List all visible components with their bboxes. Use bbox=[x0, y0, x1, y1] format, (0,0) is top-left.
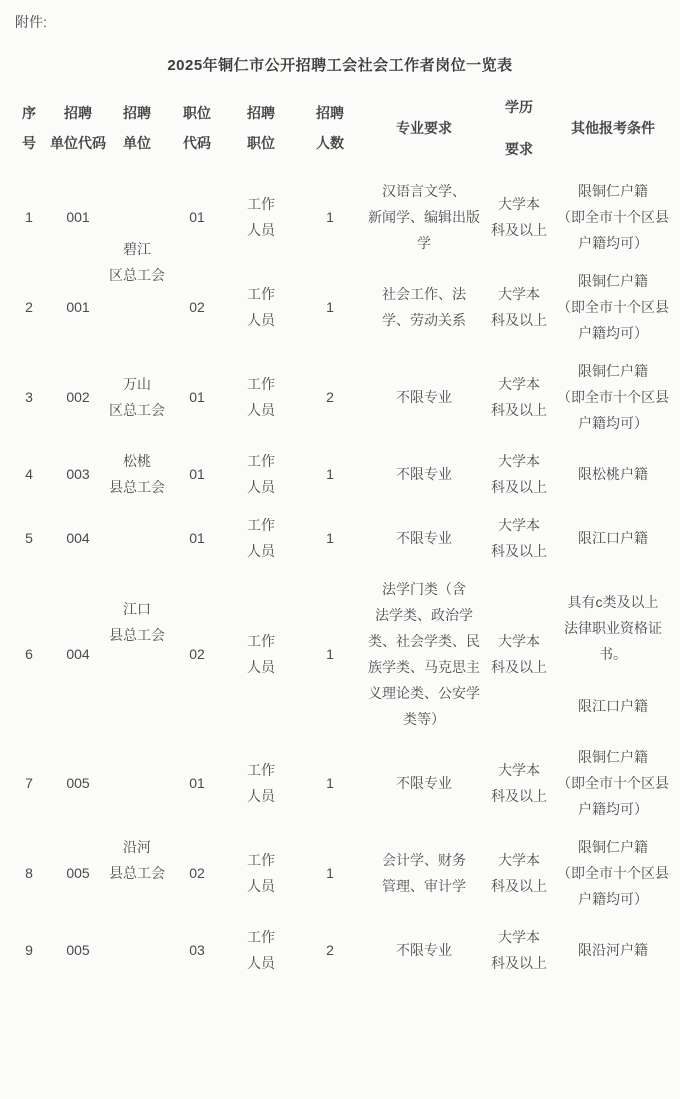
cell-education: 大学本 科及以上 bbox=[483, 262, 555, 352]
cell-unit: 松桃 县总工会 bbox=[107, 442, 167, 506]
cell-position-code: 01 bbox=[167, 352, 227, 442]
cell-education: 大学本 科及以上 bbox=[483, 828, 555, 918]
cell-education: 大学本 科及以上 bbox=[483, 352, 555, 442]
page-title: 2025年铜仁市公开招聘工会社会工作者岗位一览表 bbox=[0, 56, 680, 76]
cell-unit-code: 004 bbox=[49, 506, 107, 570]
cell-position-code: 01 bbox=[167, 738, 227, 828]
cell-major: 社会工作、法 学、劳动关系 bbox=[365, 262, 483, 352]
table-row: 5 004 江口 县总工会 01 工作 人员 1 不限专业 大学本 科及以上 限… bbox=[9, 506, 671, 570]
cell-major: 不限专业 bbox=[365, 506, 483, 570]
attachment-label: 附件: bbox=[0, 0, 680, 32]
cell-major: 会计学、财务 管理、审计学 bbox=[365, 828, 483, 918]
cell-other: 限铜仁户籍 （即全市十个区县 户籍均可） bbox=[555, 262, 671, 352]
cell-seq: 6 bbox=[9, 570, 49, 738]
cell-headcount: 1 bbox=[295, 172, 365, 262]
cell-major: 法学门类（含 法学类、政治学 类、社会学类、民 族学类、马克思主 义理论类、公安… bbox=[365, 570, 483, 738]
cell-position: 工作 人员 bbox=[227, 828, 295, 918]
cell-other: 限松桃户籍 bbox=[555, 442, 671, 506]
cell-education: 大学本 科及以上 bbox=[483, 918, 555, 982]
cell-unit-code: 004 bbox=[49, 570, 107, 738]
cell-other: 限铜仁户籍 （即全市十个区县 户籍均可） bbox=[555, 828, 671, 918]
cell-unit-code: 005 bbox=[49, 828, 107, 918]
cell-headcount: 1 bbox=[295, 570, 365, 738]
cell-headcount: 1 bbox=[295, 442, 365, 506]
cell-position-code: 02 bbox=[167, 828, 227, 918]
table-row: 1 001 碧江 区总工会 01 工作 人员 1 汉语言文学、 新闻学、编辑出版… bbox=[9, 172, 671, 262]
cell-major: 不限专业 bbox=[365, 738, 483, 828]
cell-unit-code: 003 bbox=[49, 442, 107, 506]
cell-position-code: 01 bbox=[167, 442, 227, 506]
cell-unit-code: 002 bbox=[49, 352, 107, 442]
cell-education: 大学本 科及以上 bbox=[483, 172, 555, 262]
table-row: 7 005 沿河 县总工会 01 工作 人员 1 不限专业 大学本 科及以上 限… bbox=[9, 738, 671, 828]
cell-position: 工作 人员 bbox=[227, 918, 295, 982]
cell-position: 工作 人员 bbox=[227, 738, 295, 828]
document-page: 附件: 2025年铜仁市公开招聘工会社会工作者岗位一览表 序 号 招聘 单位代码… bbox=[0, 0, 680, 1099]
cell-unit-code: 005 bbox=[49, 738, 107, 828]
cell-unit: 碧江 区总工会 bbox=[107, 172, 167, 352]
positions-table: 序 号 招聘 单位代码 招聘 单位 职位 代码 招聘 职位 招聘 人数 专业要求… bbox=[9, 84, 671, 982]
cell-unit-code: 001 bbox=[49, 262, 107, 352]
cell-seq: 2 bbox=[9, 262, 49, 352]
cell-other: 限江口户籍 bbox=[555, 506, 671, 570]
cell-position: 工作 人员 bbox=[227, 442, 295, 506]
cell-unit: 江口 县总工会 bbox=[107, 506, 167, 738]
cell-unit: 沿河 县总工会 bbox=[107, 738, 167, 982]
cell-position: 工作 人员 bbox=[227, 570, 295, 738]
cell-other: 限铜仁户籍 （即全市十个区县 户籍均可） bbox=[555, 352, 671, 442]
cell-seq: 5 bbox=[9, 506, 49, 570]
cell-unit: 万山 区总工会 bbox=[107, 352, 167, 442]
header-unit: 招聘 单位 bbox=[107, 84, 167, 172]
cell-headcount: 1 bbox=[295, 738, 365, 828]
cell-headcount: 1 bbox=[295, 828, 365, 918]
cell-position-code: 02 bbox=[167, 262, 227, 352]
table-row: 3 002 万山 区总工会 01 工作 人员 2 不限专业 大学本 科及以上 限… bbox=[9, 352, 671, 442]
cell-major: 不限专业 bbox=[365, 918, 483, 982]
cell-other: 限沿河户籍 bbox=[555, 918, 671, 982]
cell-major: 不限专业 bbox=[365, 352, 483, 442]
header-unit-code: 招聘 单位代码 bbox=[49, 84, 107, 172]
cell-seq: 4 bbox=[9, 442, 49, 506]
cell-position-code: 01 bbox=[167, 506, 227, 570]
header-other: 其他报考条件 bbox=[555, 84, 671, 172]
cell-position: 工作 人员 bbox=[227, 352, 295, 442]
cell-education: 大学本 科及以上 bbox=[483, 570, 555, 738]
cell-seq: 9 bbox=[9, 918, 49, 982]
cell-position: 工作 人员 bbox=[227, 262, 295, 352]
cell-unit-code: 005 bbox=[49, 918, 107, 982]
cell-headcount: 1 bbox=[295, 506, 365, 570]
header-headcount: 招聘 人数 bbox=[295, 84, 365, 172]
header-education: 学历 要求 bbox=[483, 84, 555, 172]
cell-unit-code: 001 bbox=[49, 172, 107, 262]
header-major: 专业要求 bbox=[365, 84, 483, 172]
cell-seq: 1 bbox=[9, 172, 49, 262]
cell-headcount: 2 bbox=[295, 352, 365, 442]
table-row: 4 003 松桃 县总工会 01 工作 人员 1 不限专业 大学本 科及以上 限… bbox=[9, 442, 671, 506]
table-header-row: 序 号 招聘 单位代码 招聘 单位 职位 代码 招聘 职位 招聘 人数 专业要求… bbox=[9, 84, 671, 172]
cell-education: 大学本 科及以上 bbox=[483, 738, 555, 828]
header-position: 招聘 职位 bbox=[227, 84, 295, 172]
header-position-code: 职位 代码 bbox=[167, 84, 227, 172]
cell-other: 具有c类及以上 法律职业资格证 书。 限江口户籍 bbox=[555, 570, 671, 738]
cell-other: 限铜仁户籍 （即全市十个区县 户籍均可） bbox=[555, 738, 671, 828]
cell-other: 限铜仁户籍 （即全市十个区县 户籍均可） bbox=[555, 172, 671, 262]
cell-position-code: 03 bbox=[167, 918, 227, 982]
cell-education: 大学本 科及以上 bbox=[483, 442, 555, 506]
cell-headcount: 2 bbox=[295, 918, 365, 982]
cell-major: 不限专业 bbox=[365, 442, 483, 506]
cell-position: 工作 人员 bbox=[227, 506, 295, 570]
cell-education: 大学本 科及以上 bbox=[483, 506, 555, 570]
cell-major: 汉语言文学、 新闻学、编辑出版 学 bbox=[365, 172, 483, 262]
cell-headcount: 1 bbox=[295, 262, 365, 352]
cell-seq: 8 bbox=[9, 828, 49, 918]
cell-position: 工作 人员 bbox=[227, 172, 295, 262]
cell-seq: 7 bbox=[9, 738, 49, 828]
cell-position-code: 02 bbox=[167, 570, 227, 738]
header-seq: 序 号 bbox=[9, 84, 49, 172]
cell-seq: 3 bbox=[9, 352, 49, 442]
cell-position-code: 01 bbox=[167, 172, 227, 262]
